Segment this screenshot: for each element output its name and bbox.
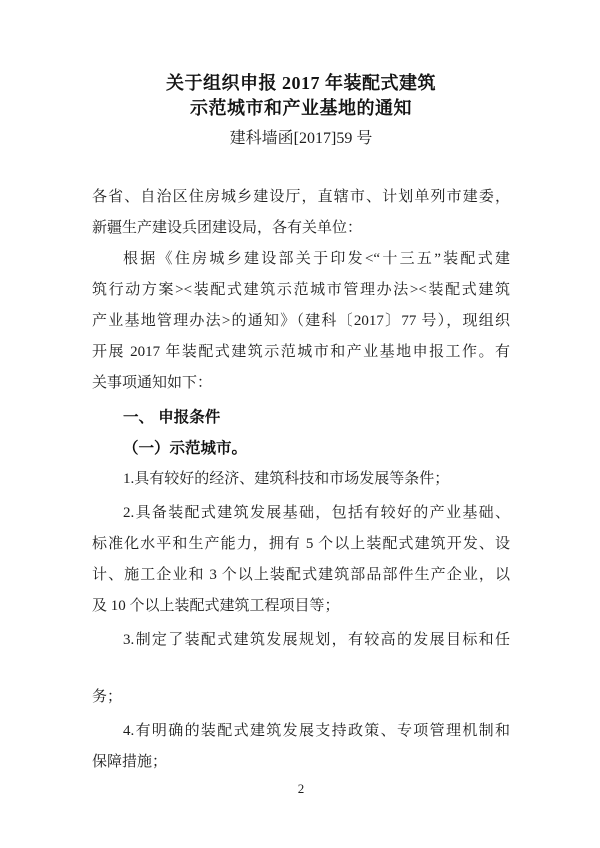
text-line: 新疆生产建设兵团建设局，各有关单位： xyxy=(92,213,510,244)
text-line: 4.有明确的装配式建筑发展支持政策、专项管理机制和 xyxy=(92,716,510,747)
document-title: 关于组织申报 2017 年装配式建筑 示范城市和产业基地的通知 xyxy=(92,71,510,121)
text-line: 1.具有较好的经济、建筑科技和市场发展等条件； xyxy=(92,464,510,495)
text-line: 开展 2017 年装配式建筑示范城市和产业基地申报工作。有 xyxy=(92,337,510,368)
document-title-line1: 关于组织申报 2017 年装配式建筑 xyxy=(92,71,510,96)
section-heading: （一）示范城市。 xyxy=(92,433,510,464)
text-line: 3.制定了装配式建筑发展规划，有较高的发展目标和任 xyxy=(92,625,510,656)
text-line: 各省、自治区住房城乡建设厅，直辖市、计划单列市建委， xyxy=(92,182,510,213)
document-body: 各省、自治区住房城乡建设厅，直辖市、计划单列市建委，新疆生产建设兵团建设局，各有… xyxy=(92,182,510,778)
document-page: 关于组织申报 2017 年装配式建筑 示范城市和产业基地的通知 建科墙函[201… xyxy=(0,0,600,848)
text-line: 根据《住房城乡建设部关于印发<“十三五”装配式建 xyxy=(92,244,510,275)
text-line: 计、施工企业和 3 个以上装配式建筑部品部件生产企业，以 xyxy=(92,560,510,591)
text-line: 及 10 个以上装配式建筑工程项目等； xyxy=(92,591,510,622)
text-line: 筑行动方案><装配式建筑示范城市管理办法><装配式建筑 xyxy=(92,275,510,306)
document-title-line2: 示范城市和产业基地的通知 xyxy=(92,96,510,121)
text-line: 保障措施； xyxy=(92,747,510,778)
blank-line xyxy=(92,656,510,682)
text-line: 标准化水平和生产能力，拥有 5 个以上装配式建筑开发、设 xyxy=(92,529,510,560)
section-heading: 一、 申报条件 xyxy=(92,402,510,433)
document-number: 建科墙函[2017]59 号 xyxy=(92,130,510,148)
text-line: 产业基地管理办法>的通知》（建科〔2017〕77 号），现组织 xyxy=(92,306,510,337)
text-line: 2.具备装配式建筑发展基础，包括有较好的产业基础、 xyxy=(92,498,510,529)
text-line: 关事项通知如下： xyxy=(92,368,510,399)
text-line: 务； xyxy=(92,682,510,713)
page-number: 2 xyxy=(92,782,510,796)
